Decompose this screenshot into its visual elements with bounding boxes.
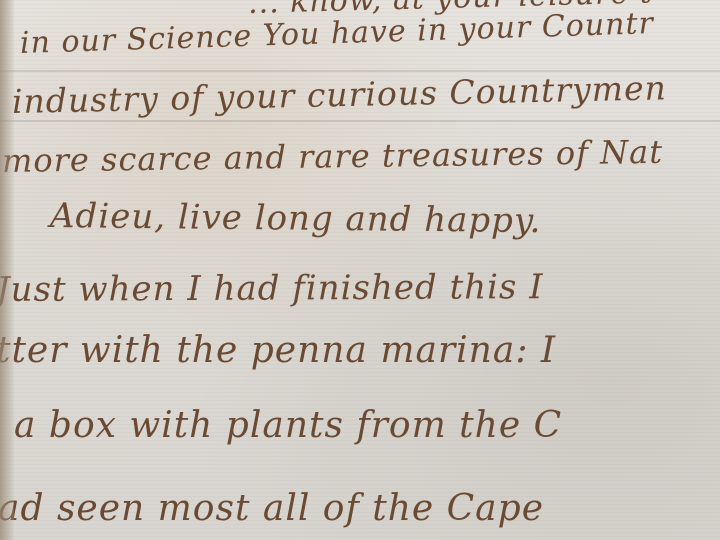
manuscript-line: a box with plants from the C <box>14 405 562 446</box>
closing-salutation: Adieu, live long and happy. <box>50 196 542 241</box>
manuscript-line: industry of your curious Countrymen <box>12 68 668 121</box>
manuscript-line: Just when I had finished this I <box>0 267 544 310</box>
manuscript-page: ... know, at your leisure t in our Scien… <box>0 0 720 540</box>
manuscript-line: tter with the penna marina: I <box>0 330 556 371</box>
paper-crease <box>0 120 720 122</box>
manuscript-line: more scarce and rare treasures of Nat <box>2 133 664 180</box>
manuscript-line: ad seen most all of the Cape <box>0 488 544 529</box>
